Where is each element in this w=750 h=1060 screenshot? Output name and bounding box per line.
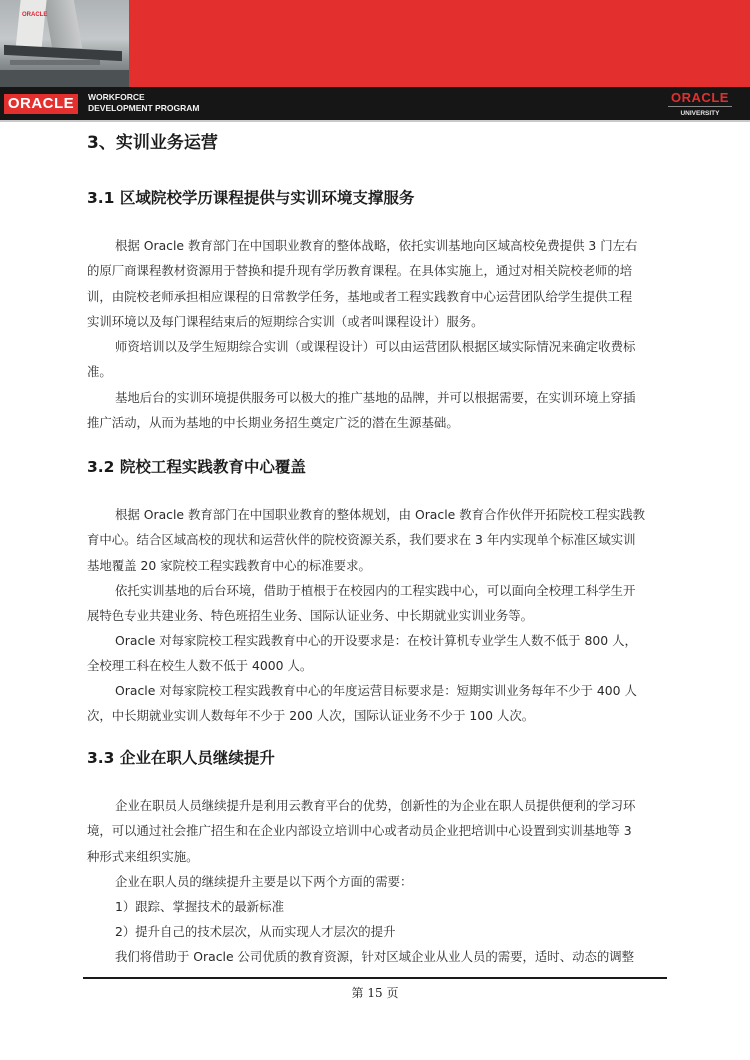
text-line: 的原厂商课程教材资源用于替换和提升现有学历教育课程。在具体实施上，通过对相关院校… [87,258,667,283]
paragraph: 基地后台的实训环境提供服务可以极大的推广基地的品牌，并可以根据需要，在实训环境上… [87,385,667,436]
text-line: 基地后台的实训环境提供服务可以极大的推广基地的品牌，并可以根据需要，在实训环境上… [87,385,667,410]
sail-logo-text: ORACLE [22,12,47,18]
text-line: 准。 [87,359,667,384]
text-line: Oracle 对每家院校工程实践教育中心的年度运营目标要求是：短期实训业务每年不… [87,678,667,703]
oracle-university-logo: ORACLE UNIVERSITY [660,90,740,118]
logo-rule [668,106,732,107]
text-line: 种形式来组织实施。 [87,844,667,869]
sail-shape [15,0,46,50]
subsection-title-3-1: 3.1 区域院校学历课程提供与实训环境支撑服务 [87,187,414,209]
paragraph: 师资培训以及学生短期综合实训（或课程设计）可以由运营团队根据区域实际情况来确定收… [87,334,667,385]
section-title: 3、实训业务运营 [87,132,218,154]
footer-divider [83,977,667,979]
text-line: 育中心。结合区域高校的现状和运营伙伴的院校资源关系，我们要求在 3 年内实现单个… [87,527,667,552]
paragraph: 我们将借助于 Oracle 公司优质的教育资源，针对区域企业从业人员的需要，适时… [87,944,667,969]
list-item: 2）提升自己的技术层次，从而实现人才层次的提升 [87,919,667,944]
oracle-logo: ORACLE [4,94,78,114]
paragraph: Oracle 对每家院校工程实践教育中心的开设要求是：在校计算机专业学生人数不低… [87,628,667,679]
boat-hull-shape [4,45,122,61]
boat-hull-shape [10,60,100,65]
page-header: ORACLE ORACLE WORKFORCE DEVELOPMENT PROG… [0,0,750,122]
header-sailboat-photo: ORACLE [0,0,129,87]
text-line: 根据 Oracle 教育部门在中国职业教育的整体规划，由 Oracle 教育合作… [87,502,667,527]
text-line: 推广活动，从而为基地的中长期业务招生奠定广泛的潜在生源基础。 [87,410,667,435]
text-line: 师资培训以及学生短期综合实训（或课程设计）可以由运营团队根据区域实际情况来确定收… [87,334,667,359]
text-line: 基地覆盖 20 家院校工程实践教育中心的标准要求。 [87,553,667,578]
text-line: 训，由院校老师承担相应课程的日常教学任务，基地或者工程实践教育中心运营团队给学生… [87,284,667,309]
oracle-university-sub: UNIVERSITY [660,109,740,118]
paragraph: Oracle 对每家院校工程实践教育中心的年度运营目标要求是：短期实训业务每年不… [87,678,667,729]
text-line: 实训环境以及每门课程结束后的短期综合实训（或者叫课程设计）服务。 [87,309,667,334]
list-item: 1）跟踪、掌握技术的最新标准 [87,894,667,919]
text-line: 2）提升自己的技术层次，从而实现人才层次的提升 [87,919,667,944]
sea-shape [0,70,129,87]
text-line: 依托实训基地的后台环境，借助于植根于在校园内的工程实践中心，可以面向全校理工科学… [87,578,667,603]
program-name-line2: DEVELOPMENT PROGRAM [88,103,199,114]
subsection-title-3-3: 3.3 企业在职人员继续提升 [87,747,275,769]
oracle-university-brand: ORACLE [660,90,740,105]
paragraph: 企业在职员人员继续提升是利用云教育平台的优势，创新性的为企业在职人员提供便利的学… [87,793,667,869]
header-divider [0,120,750,122]
text-line: Oracle 对每家院校工程实践教育中心的开设要求是：在校计算机专业学生人数不低… [87,628,667,653]
subsection-title-3-2: 3.2 院校工程实践教育中心覆盖 [87,456,306,478]
text-line: 企业在职人员的继续提升主要是以下两个方面的需要： [87,869,667,894]
program-name-line1: WORKFORCE [88,92,199,103]
paragraph: 根据 Oracle 教育部门在中国职业教育的整体规划，由 Oracle 教育合作… [87,502,667,578]
text-line: 我们将借助于 Oracle 公司优质的教育资源，针对区域企业从业人员的需要，适时… [87,944,667,969]
text-line: 1）跟踪、掌握技术的最新标准 [87,894,667,919]
paragraph: 企业在职人员的继续提升主要是以下两个方面的需要： [87,869,667,894]
text-line: 企业在职员人员继续提升是利用云教育平台的优势，创新性的为企业在职人员提供便利的学… [87,793,667,818]
text-line: 展特色专业共建业务、特色班招生业务、国际认证业务、中长期就业实训业务等。 [87,603,667,628]
text-line: 次，中长期就业实训人数每年不少于 200 人次，国际认证业务不少于 100 人次… [87,703,667,728]
text-line: 境，可以通过社会推广招生和在企业内部设立培训中心或者动员企业把培训中心设置到实训… [87,818,667,843]
page-number: 第 15 页 [0,984,750,1001]
text-line: 全校理工科在校生人数不低于 4000 人。 [87,653,667,678]
program-name: WORKFORCE DEVELOPMENT PROGRAM [88,92,199,114]
text-line: 根据 Oracle 教育部门在中国职业教育的整体战略，依托实训基地向区域高校免费… [87,233,667,258]
sail-shape [44,0,82,48]
paragraph: 依托实训基地的后台环境，借助于植根于在校园内的工程实践中心，可以面向全校理工科学… [87,578,667,629]
paragraph: 根据 Oracle 教育部门在中国职业教育的整体战略，依托实训基地向区域高校免费… [87,233,667,334]
